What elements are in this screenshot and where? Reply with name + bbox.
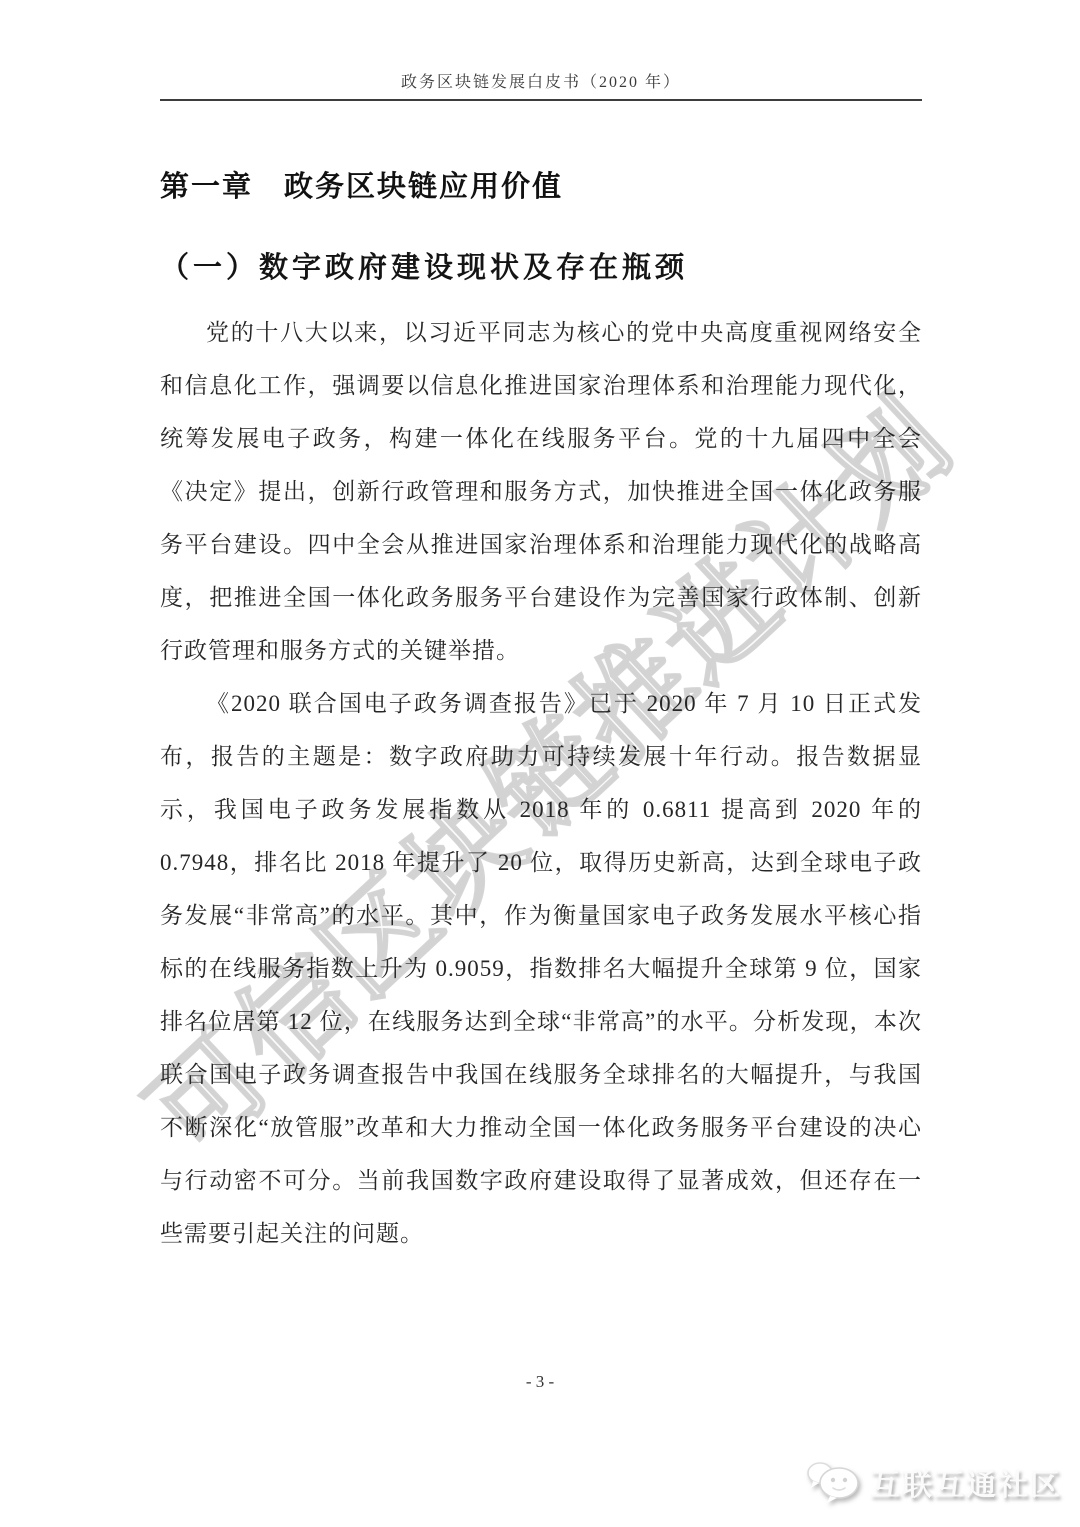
chapter-title: 第一章 政务区块链应用价值 xyxy=(160,168,922,206)
document-page: 可信区块链推进计划 政务区块链发展白皮书（2020 年） 第一章 政务区块链应用… xyxy=(0,0,1080,1527)
community-logo: 互联互通社区 xyxy=(806,1459,1062,1505)
page-content: 第一章 政务区块链应用价值 （一）数字政府建设现状及存在瓶颈 党的十八大以来，以… xyxy=(160,102,922,1260)
community-logo-label: 互联互通社区 xyxy=(870,1460,1062,1504)
page-header: 政务区块链发展白皮书（2020 年） xyxy=(160,0,922,101)
body-paragraph-2: 《2020 联合国电子政务调查报告》已于 2020 年 7 月 10 日正式发布… xyxy=(160,677,922,1260)
page-header-title: 政务区块链发展白皮书（2020 年） xyxy=(160,0,922,93)
chat-bubbles-icon xyxy=(806,1459,862,1505)
body-paragraph-1: 党的十八大以来，以习近平同志为核心的党中央高度重视网络安全和信息化工作，强调要以… xyxy=(160,306,922,677)
page-number: - 3 - xyxy=(0,1372,1080,1392)
body-text: 党的十八大以来，以习近平同志为核心的党中央高度重视网络安全和信息化工作，强调要以… xyxy=(160,306,922,1260)
header-divider xyxy=(160,99,922,101)
section-title: （一）数字政府建设现状及存在瓶颈 xyxy=(160,248,922,288)
